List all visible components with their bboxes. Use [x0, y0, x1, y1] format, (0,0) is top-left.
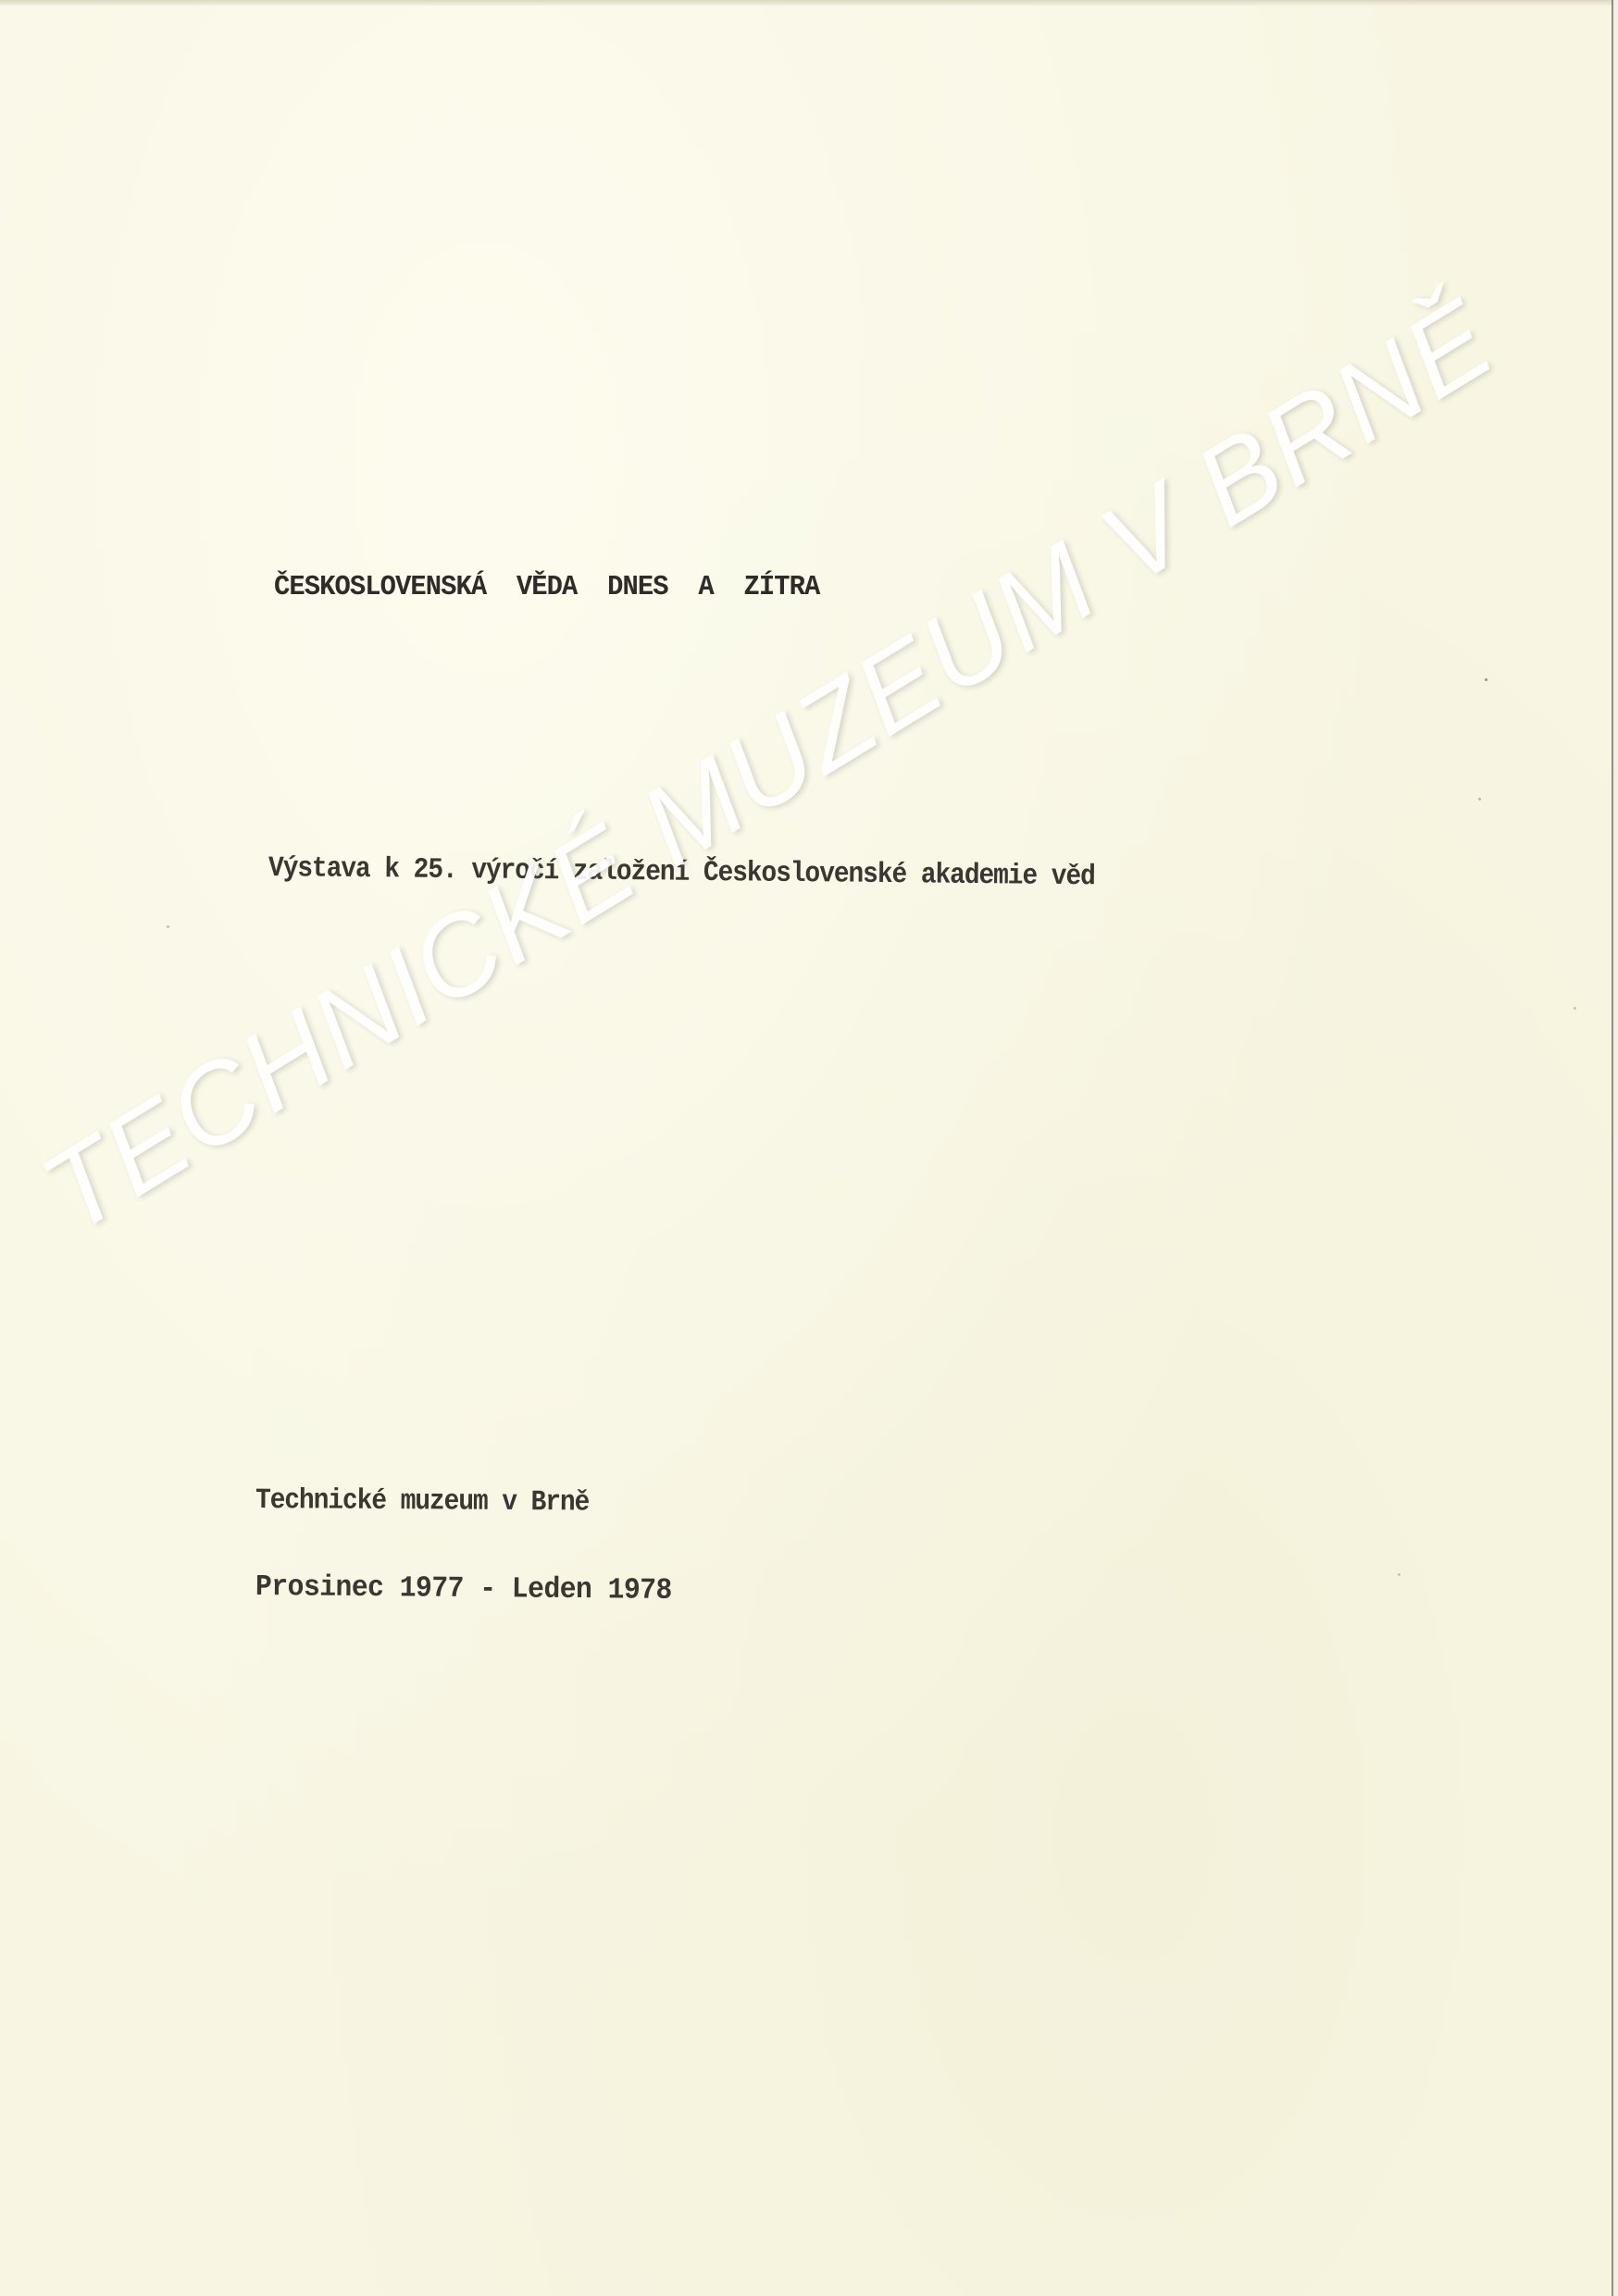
exhibition-dates: Prosinec 1977 - Leden 1978 — [255, 1570, 672, 1607]
scan-top-edge — [0, 0, 1618, 6]
document-title: ČESKOSLOVENSKÁ VĚDA DNES A ZÍTRA — [274, 571, 819, 603]
paper-speck — [1485, 678, 1487, 681]
scan-right-margin — [1613, 0, 1618, 2296]
paper-speck — [167, 925, 169, 928]
paper-speck — [1398, 1573, 1400, 1576]
paper-background — [0, 0, 1618, 2296]
scan-right-edge-line — [1612, 0, 1613, 2296]
institution-name: Technické muzeum v Brně — [255, 1484, 589, 1520]
paper-speck — [1478, 798, 1481, 800]
paper-speck — [1574, 1007, 1576, 1010]
